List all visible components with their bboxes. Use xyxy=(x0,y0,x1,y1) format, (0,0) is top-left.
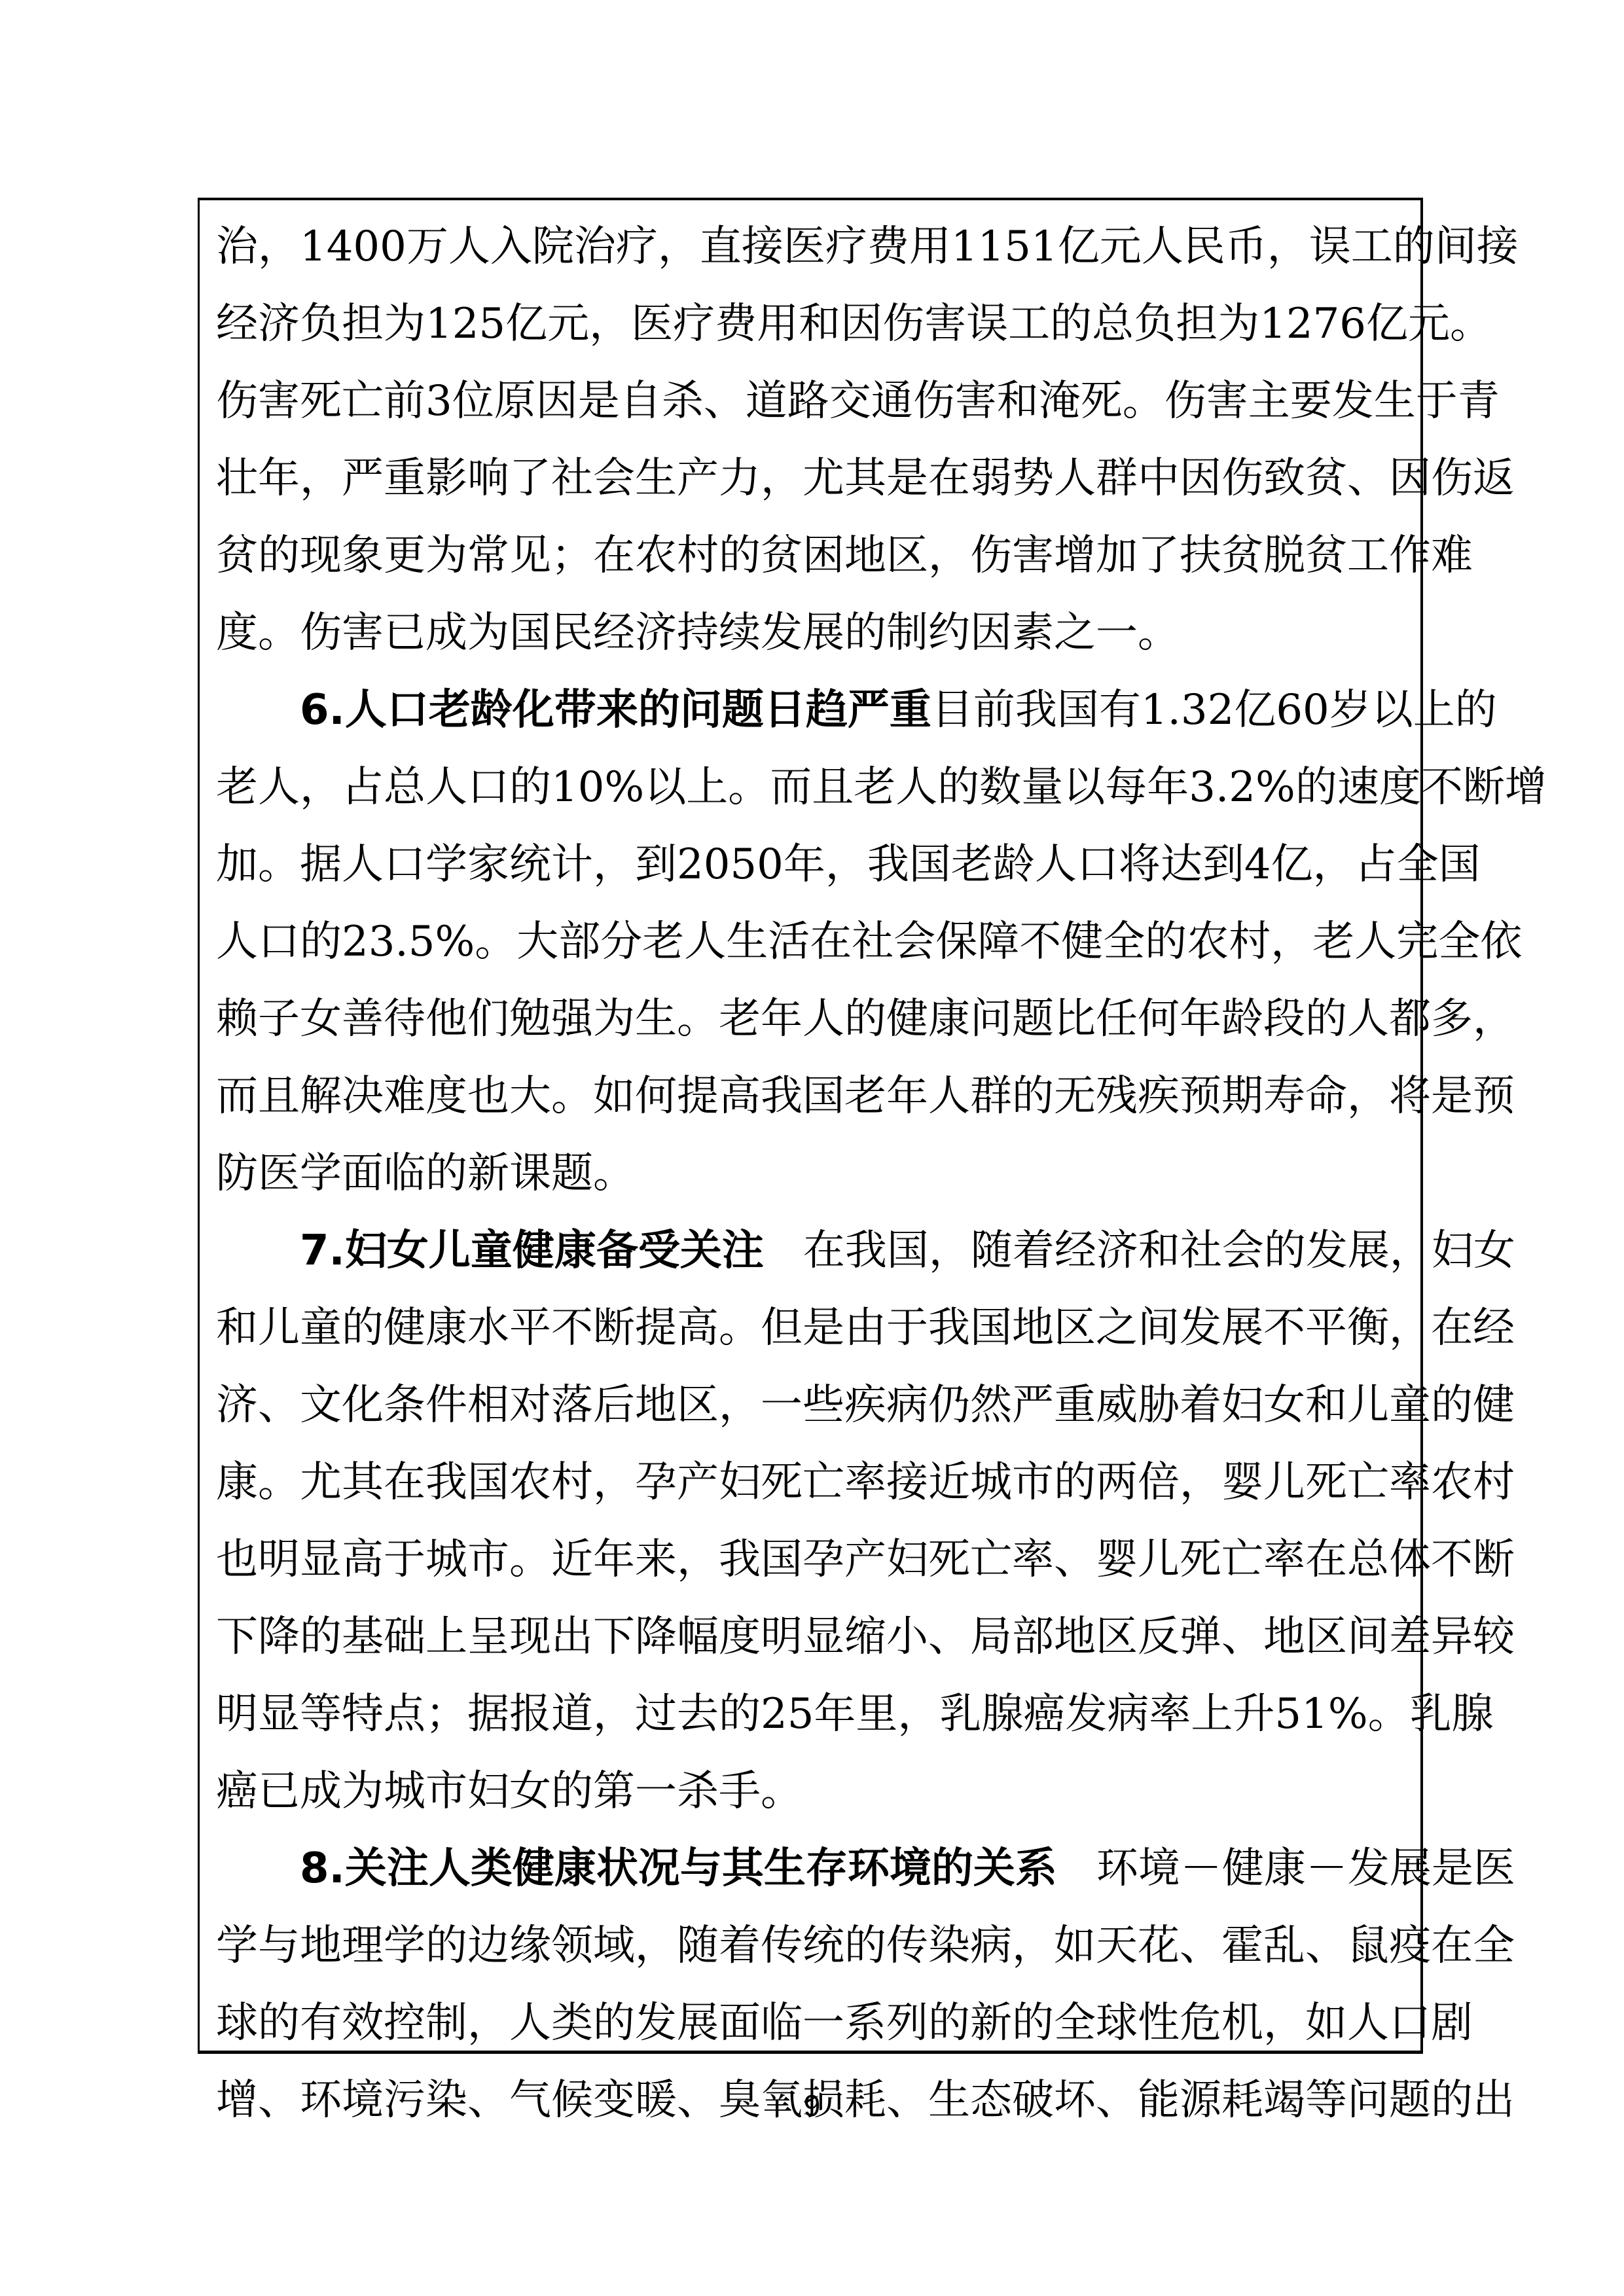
section-heading-6: 6.人口老龄化带来的问题日趋严重 xyxy=(300,686,931,734)
text-line: 经济负担为125亿元，医疗费用和因伤害误工的总负担为1276亿元。 xyxy=(216,285,1411,363)
text-line: 癌已成为城市妇女的第一杀手。 xyxy=(216,1753,1411,1830)
text-line: 和儿童的健康水平不断提高。但是由于我国地区之间发展不平衡，在经 xyxy=(216,1289,1411,1367)
page-number: 9 xyxy=(0,2088,1624,2123)
text-line: 也明显高于城市。近年来，我国孕产妇死亡率、婴儿死亡率在总体不断 xyxy=(216,1521,1411,1598)
text-line: 加。据人口学家统计，到2050年，我国老龄人口将达到4亿，占全国 xyxy=(216,826,1411,903)
section-heading-7: 7.妇女儿童健康备受关注 xyxy=(300,1227,764,1275)
text-line: 学与地理学的边缘领域，随着传统的传染病，如天花、霍乱、鼠疫在全 xyxy=(216,1907,1411,1984)
text-line: 老人，占总人口的10%以上。而且老人的数量以每年3.2%的速度不断增 xyxy=(216,749,1411,826)
text-line: 贫的现象更为常见；在农村的贫困地区，伤害增加了扶贫脱贫工作难 xyxy=(216,517,1411,594)
text-line: 治，1400万人入院治疗，直接医疗费用1151亿元人民币，误工的间接 xyxy=(216,208,1411,285)
section-heading-8: 8.关注人类健康状况与其生存环境的关系 xyxy=(300,1844,1057,1893)
text-line: 赖子女善待他们勉强为生。老年人的健康问题比任何年龄段的人都多， xyxy=(216,980,1411,1058)
text-line: 明显等特点；据报道，过去的25年里，乳腺癌发病率上升51%。乳腺 xyxy=(216,1676,1411,1753)
text-run: 目前我国有1.32亿60岁以上的 xyxy=(931,686,1497,734)
text-line: 下降的基础上呈现出下降幅度明显缩小、局部地区反弹、地区间差异较 xyxy=(216,1598,1411,1676)
text-line: 壮年，严重影响了社会生产力，尤其是在弱势人群中因伤致贫、因伤返 xyxy=(216,440,1411,517)
text-line: 防医学面临的新课题。 xyxy=(216,1135,1411,1212)
text-line: 而且解决难度也大。如何提高我国老年人群的无残疾预期寿命，将是预 xyxy=(216,1058,1411,1135)
section-7-first-line: 7.妇女儿童健康备受关注在我国，随着经济和社会的发展，妇女 xyxy=(216,1212,1411,1289)
text-line: 度。伤害已成为国民经济持续发展的制约因素之一。 xyxy=(216,594,1411,672)
section-8-first-line: 8.关注人类健康状况与其生存环境的关系环境－健康－发展是医 xyxy=(216,1830,1411,1907)
text-line: 球的有效控制，人类的发展面临一系列的新的全球性危机，如人口剧 xyxy=(216,1984,1411,2062)
document-body: 治，1400万人入院治疗，直接医疗费用1151亿元人民币，误工的间接 经济负担为… xyxy=(216,208,1411,2139)
text-line: 伤害死亡前3位原因是自杀、道路交通伤害和淹死。伤害主要发生于青 xyxy=(216,363,1411,440)
text-line: 人口的23.5%。大部分老人生活在社会保障不健全的农村，老人完全依 xyxy=(216,903,1411,980)
text-line: 济、文化条件相对落后地区，一些疾病仍然严重威胁着妇女和儿童的健 xyxy=(216,1367,1411,1444)
text-run: 在我国，随着经济和社会的发展，妇女 xyxy=(803,1227,1515,1275)
section-6-first-line: 6.人口老龄化带来的问题日趋严重目前我国有1.32亿60岁以上的 xyxy=(216,672,1411,749)
text-line: 康。尤其在我国农村，孕产妇死亡率接近城市的两倍，婴儿死亡率农村 xyxy=(216,1444,1411,1521)
text-run: 环境－健康－发展是医 xyxy=(1096,1844,1515,1893)
